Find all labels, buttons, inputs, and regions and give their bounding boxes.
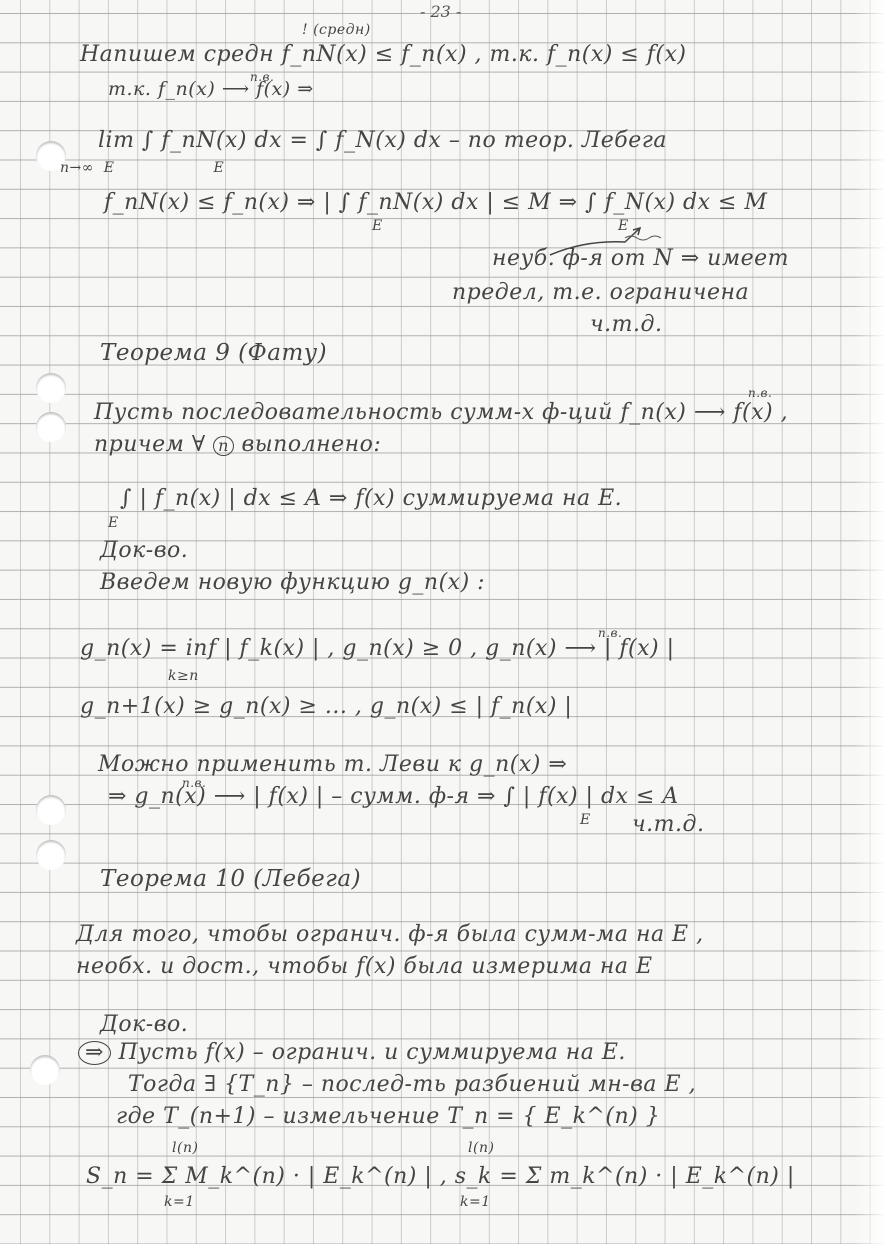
subscript: E bbox=[372, 218, 383, 234]
formula-line: lim ∫ f_nN(x) dx = ∫ f_N(x) dx – по теор… bbox=[98, 128, 667, 153]
text-line: неуб. ф-я от N ⇒ имеет bbox=[492, 246, 789, 271]
subscript: k=1 bbox=[460, 1194, 491, 1210]
subscript: n→∞ E E bbox=[60, 160, 224, 176]
text-line: Можно применить т. Леви к g_n(x) ⇒ bbox=[98, 752, 567, 777]
formula-line: S_n = Σ M_k^(n) · | E_k^(n) | , s_k = Σ … bbox=[86, 1164, 795, 1189]
proof-heading: Док-во. bbox=[100, 1012, 188, 1037]
text-line: где T_(n+1) – измельчение T_n = { E_k^(n… bbox=[116, 1104, 660, 1129]
subscript: k≥n bbox=[168, 668, 199, 684]
superscript: l(n) bbox=[172, 1140, 198, 1156]
text-fragment: выполнено: bbox=[241, 432, 381, 457]
formula-line: g_n+1(x) ≥ g_n(x) ≥ ... , g_n(x) ≤ | f_n… bbox=[80, 694, 572, 719]
text-line: Тогда ∃ {T_n} – послед-ть разбиений мн-в… bbox=[128, 1072, 696, 1097]
punch-hole bbox=[36, 795, 66, 825]
punch-hole bbox=[30, 1055, 60, 1085]
text-line: т.к. f_n(x) ⟶ f(x) ⇒ bbox=[108, 78, 314, 100]
punch-hole bbox=[36, 373, 66, 403]
circled-n: n bbox=[213, 436, 234, 456]
text-line: необх. и дост., чтобы f(x) была измерима… bbox=[76, 954, 653, 979]
formula-line: ∫ | f_n(x) | dx ≤ A ⇒ f(x) суммируема на… bbox=[120, 486, 622, 511]
circled-implication: ⇒ bbox=[78, 1041, 111, 1065]
text-line: причем ∀ n выполнено: bbox=[94, 432, 381, 457]
text-line: Для того, чтобы огранич. ф-я была сумм-м… bbox=[76, 922, 704, 947]
theorem-heading: Теорема 10 (Лебега) bbox=[100, 866, 361, 892]
formula-line: f_nN(x) ≤ f_n(x) ⇒ | ∫ f_nN(x) dx | ≤ M … bbox=[104, 190, 767, 215]
punch-hole bbox=[36, 412, 66, 442]
text-line: предел, т.е. ограничена bbox=[452, 280, 749, 305]
qed-mark: ч.т.д. bbox=[590, 312, 662, 337]
formula-line: g_n(x) = inf | f_k(x) | , g_n(x) ≥ 0 , g… bbox=[80, 636, 675, 661]
subscript: E bbox=[580, 812, 591, 828]
text-line: Напишем средн f_nN(x) ≤ f_n(x) , т.к. f_… bbox=[80, 42, 687, 67]
text-line: Введем новую функцию g_n(x) : bbox=[100, 570, 485, 595]
paper-edge-shadow bbox=[854, 0, 884, 1244]
text-fragment: Пусть f(x) – огранич. и суммируема на E. bbox=[118, 1040, 625, 1065]
annotation: ! (средн) bbox=[302, 22, 371, 38]
subscript: k=1 bbox=[164, 1194, 195, 1210]
subscript: E bbox=[108, 515, 119, 531]
superscript: l(n) bbox=[468, 1140, 494, 1156]
formula-line: ⇒ g_n(x) ⟶ | f(x) | – сумм. ф-я ⇒ ∫ | f(… bbox=[108, 784, 679, 809]
theorem-heading: Теорема 9 (Фату) bbox=[100, 340, 327, 366]
proof-heading: Док-во. bbox=[100, 538, 188, 563]
text-line: ⇒ Пусть f(x) – огранич. и суммируема на … bbox=[78, 1040, 626, 1065]
qed-mark: ч.т.д. bbox=[632, 812, 704, 837]
arrow-label: п.в. bbox=[748, 386, 772, 400]
punch-hole bbox=[36, 840, 66, 870]
text-line: Пусть последовательность сумм-х ф-ций f_… bbox=[94, 400, 788, 425]
page-number: - 23 - bbox=[420, 2, 461, 21]
text-fragment: причем ∀ bbox=[94, 432, 206, 457]
